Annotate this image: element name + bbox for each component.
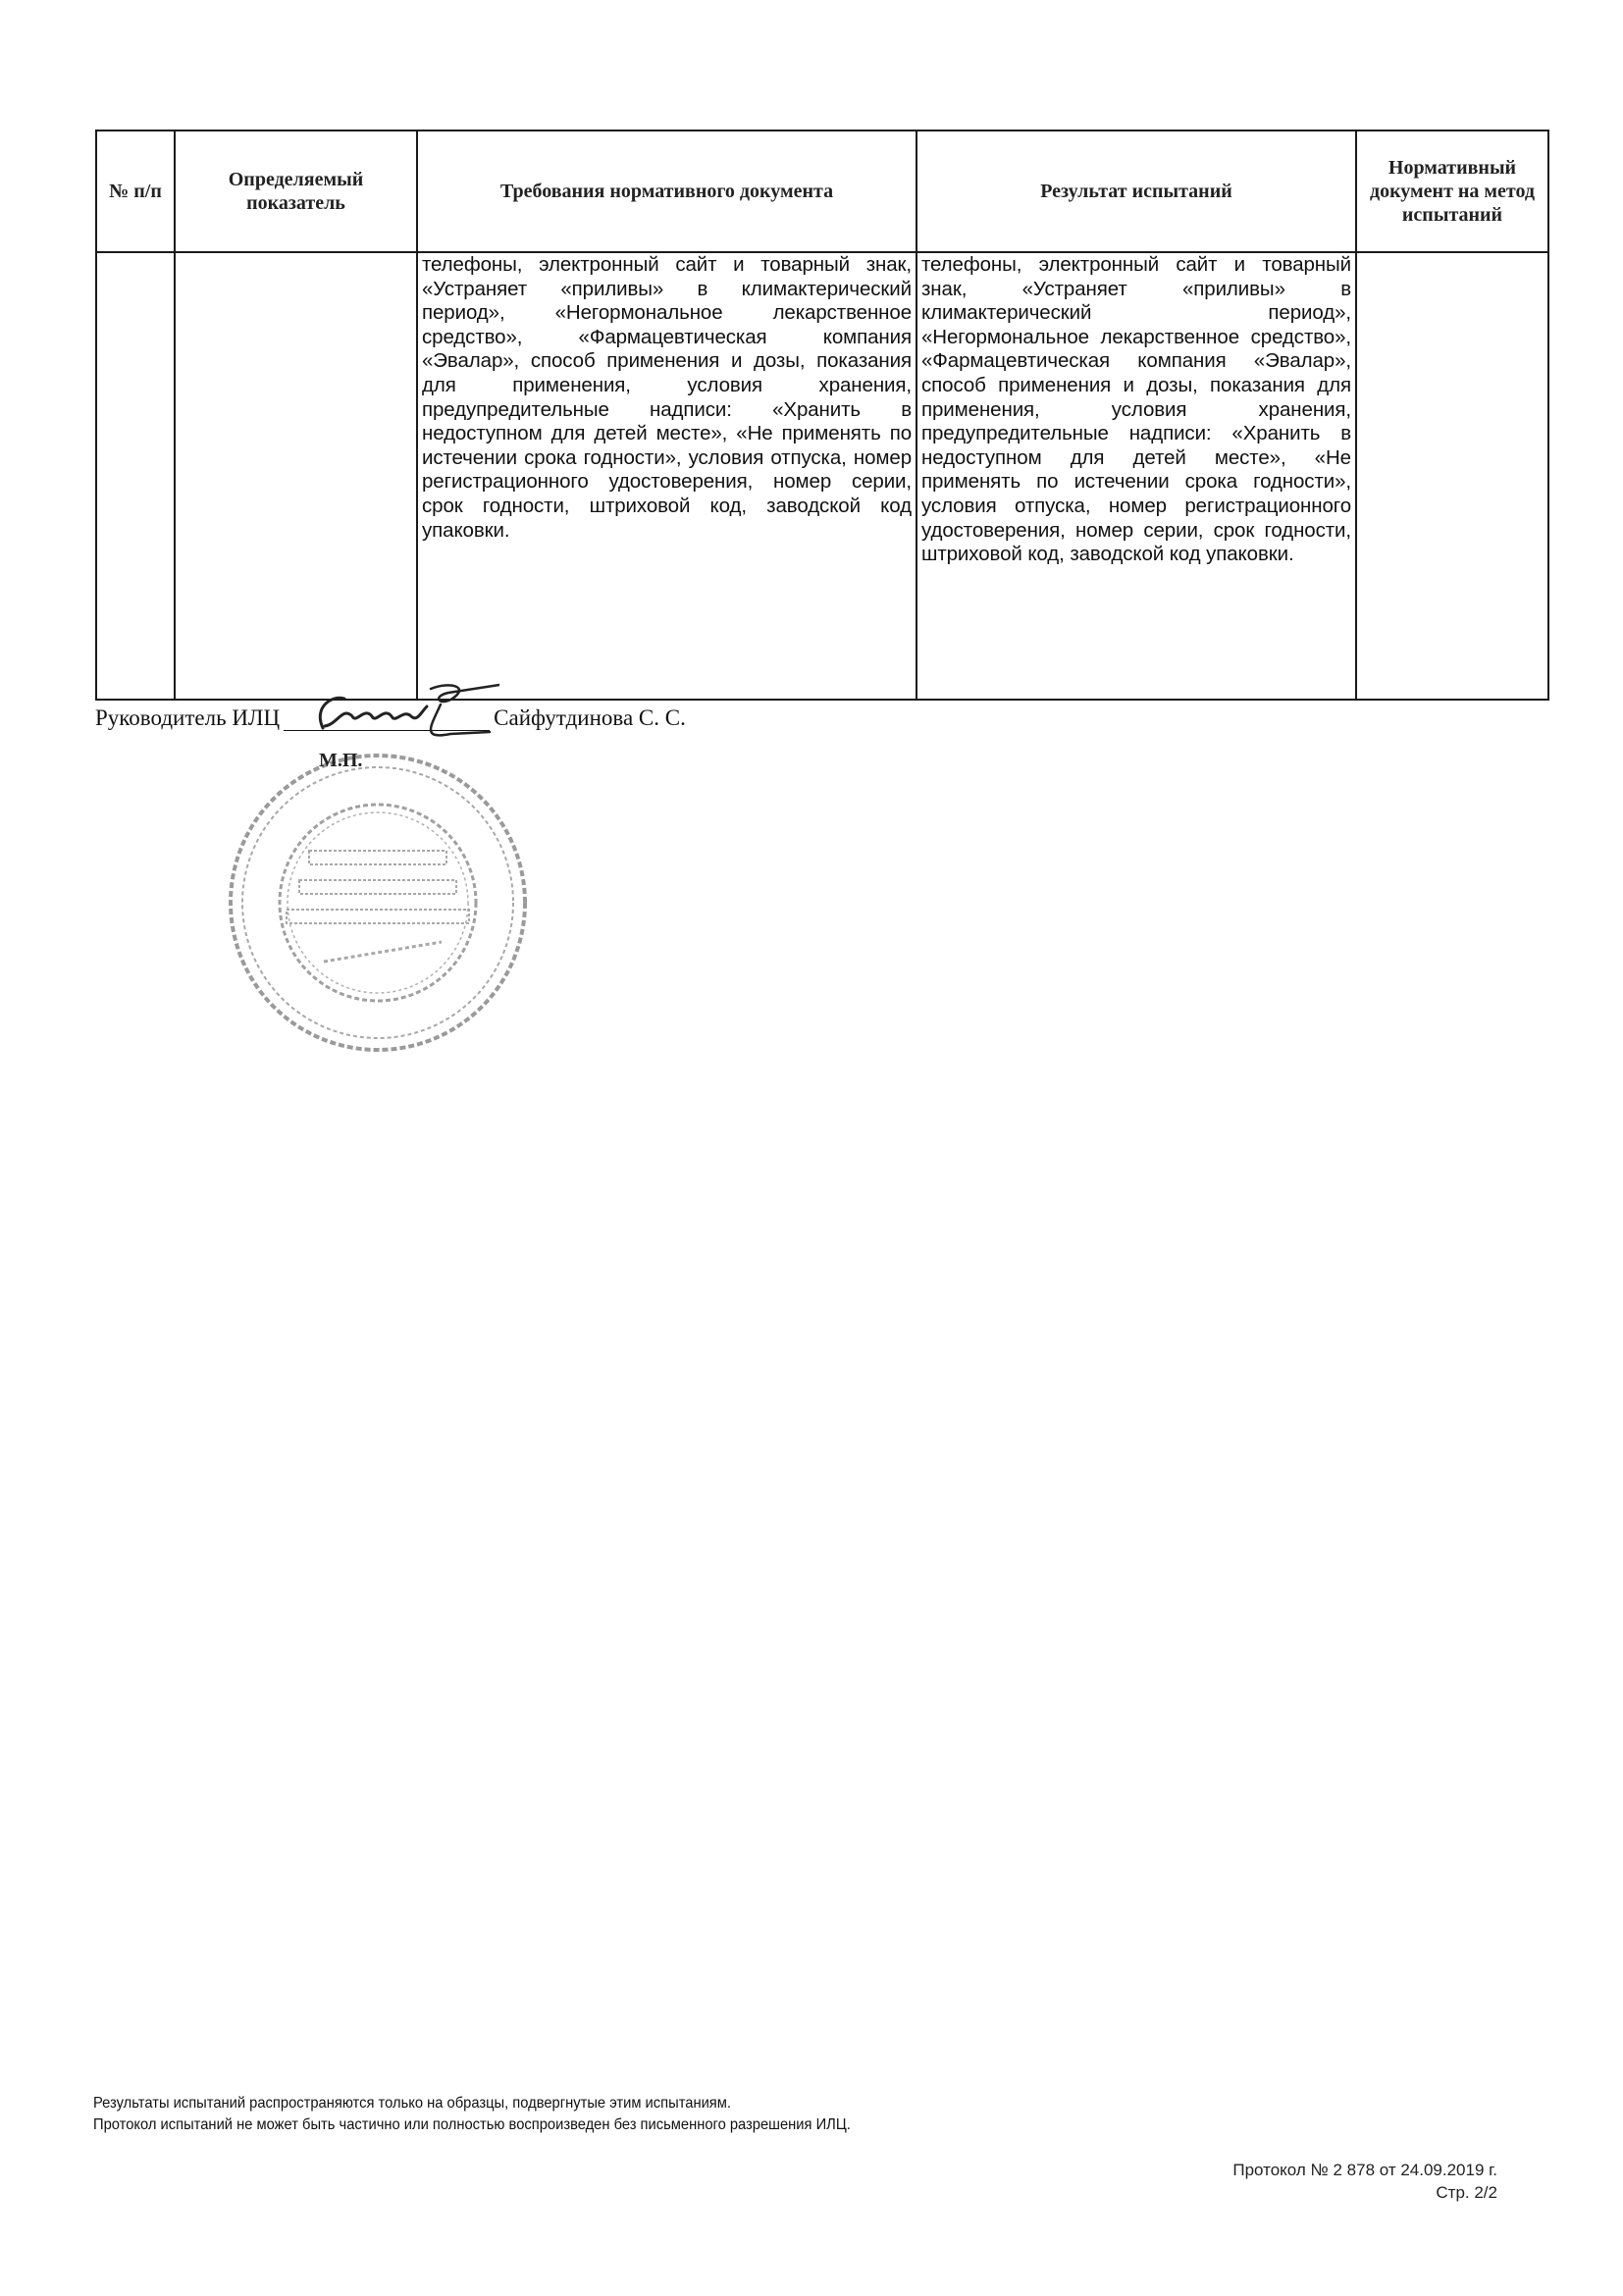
signature-field bbox=[284, 704, 490, 731]
test-results-table: № п/п Определяемый показатель Требования… bbox=[95, 130, 1549, 701]
protocol-number: Протокол № 2 878 от 24.09.2019 г. bbox=[1232, 2159, 1497, 2181]
header-requirements: Требования нормативного документа bbox=[417, 130, 916, 252]
result-text: телефоны, электронный сайт и товарный зн… bbox=[917, 253, 1355, 567]
header-num: № п/п bbox=[96, 130, 175, 252]
header-method-doc: Нормативный документ на метод испытаний bbox=[1356, 130, 1548, 252]
signature-block: Руководитель ИЛЦ Сайфутдинова С. С. bbox=[95, 704, 686, 731]
page-number: Стр. 2/2 bbox=[1232, 2181, 1497, 2204]
requirements-text: телефоны, электронный сайт и товарный зн… bbox=[418, 253, 916, 543]
footer-note-scope: Результаты испытаний распространяются то… bbox=[93, 2093, 851, 2114]
handwritten-signature-icon bbox=[284, 677, 499, 746]
header-indicator: Определяемый показатель bbox=[175, 130, 417, 252]
signer-role: Руководитель ИЛЦ bbox=[95, 705, 280, 731]
header-result: Результат испытаний bbox=[916, 130, 1356, 252]
table-header-row: № п/п Определяемый показатель Требования… bbox=[96, 130, 1548, 252]
footer-note-reproduction: Протокол испытаний не может быть частичн… bbox=[93, 2114, 851, 2136]
footer-notes: Результаты испытаний распространяются то… bbox=[93, 2093, 851, 2136]
signer-name: Сайфутдинова С. С. bbox=[494, 705, 686, 731]
table-row: телефоны, электронный сайт и товарный зн… bbox=[96, 252, 1548, 700]
cell-method-doc bbox=[1356, 252, 1548, 700]
cell-indicator bbox=[175, 252, 417, 700]
protocol-info: Протокол № 2 878 от 24.09.2019 г. Стр. 2… bbox=[1232, 2159, 1497, 2204]
stamp-label: М.П. bbox=[319, 750, 362, 772]
cell-requirements: телефоны, электронный сайт и товарный зн… bbox=[417, 252, 916, 700]
cell-num bbox=[96, 252, 175, 700]
document-page: № п/п Определяемый показатель Требования… bbox=[0, 0, 1623, 2296]
cell-result: телефоны, электронный сайт и товарный зн… bbox=[916, 252, 1356, 700]
official-stamp-icon bbox=[216, 741, 540, 1060]
